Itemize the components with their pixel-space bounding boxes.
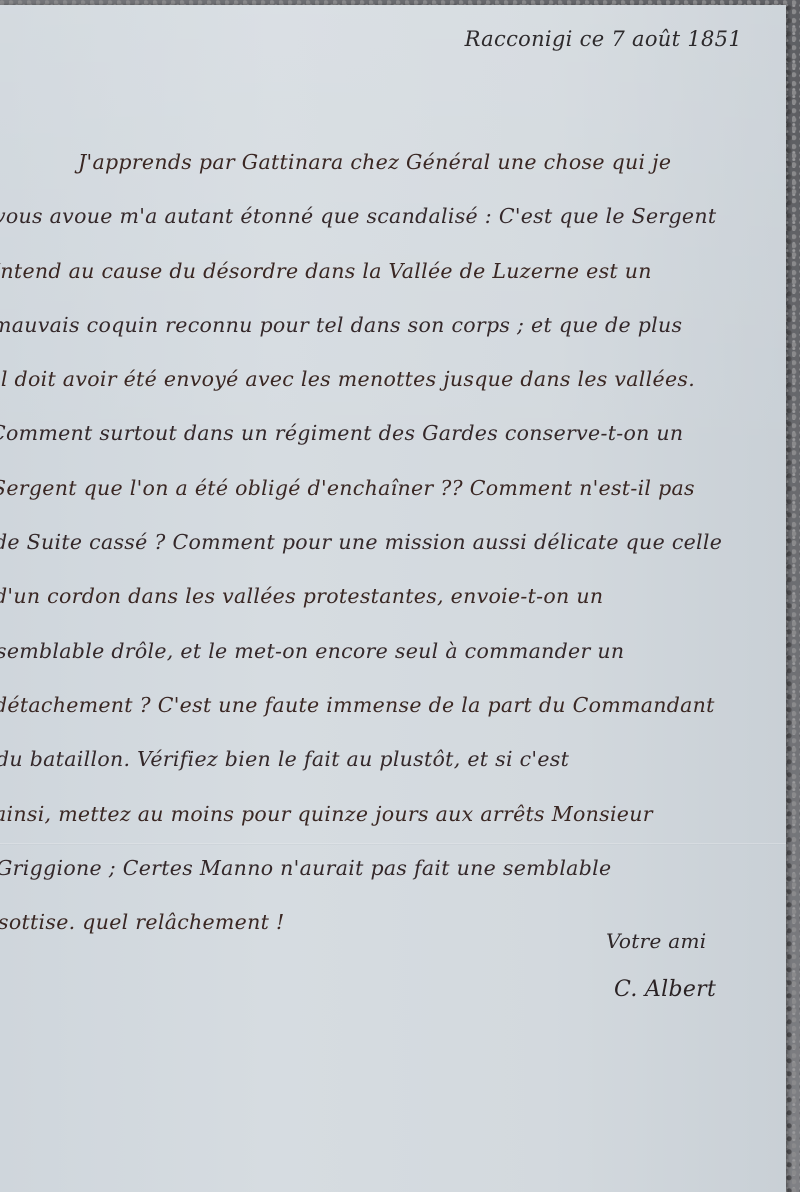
letter-dateline: Racconigi ce 7 août 1851 bbox=[465, 27, 742, 51]
letter-line: J'apprends par Gattinara chez Général un… bbox=[0, 135, 790, 189]
letter-line: d'un cordon dans les vallées protestante… bbox=[0, 569, 790, 623]
letter-line: de Suite cassé ? Comment pour une missio… bbox=[0, 515, 790, 569]
letter-line: Griggione ; Certes Manno n'aurait pas fa… bbox=[0, 841, 790, 895]
letter-line: Comment surtout dans un régiment des Gar… bbox=[0, 406, 790, 460]
letter-line: du bataillon. Vérifiez bien le fait au p… bbox=[0, 732, 790, 786]
letter-body: J'apprends par Gattinara chez Général un… bbox=[0, 135, 790, 949]
letter-line: mauvais coquin reconnu pour tel dans son… bbox=[0, 298, 790, 352]
letter-line: semblable drôle, et le met-on encore seu… bbox=[0, 624, 790, 678]
letter-line: détachement ? C'est une faute immense de… bbox=[0, 678, 790, 732]
letter-line: vous avoue m'a autant étonné que scandal… bbox=[0, 189, 790, 243]
letter-line: il doit avoir été envoyé avec les menott… bbox=[0, 352, 790, 406]
letter-page: Racconigi ce 7 août 1851 J'apprends par … bbox=[0, 5, 786, 1192]
letter-line: Sergent que l'on a été obligé d'enchaîne… bbox=[0, 461, 790, 515]
letter-closing: Votre ami bbox=[606, 929, 706, 953]
letter-signature: C. Albert bbox=[614, 977, 716, 1002]
letter-line: Intend au cause du désordre dans la Vall… bbox=[0, 244, 790, 298]
letter-line: ainsi, mettez au moins pour quinze jours… bbox=[0, 787, 790, 841]
